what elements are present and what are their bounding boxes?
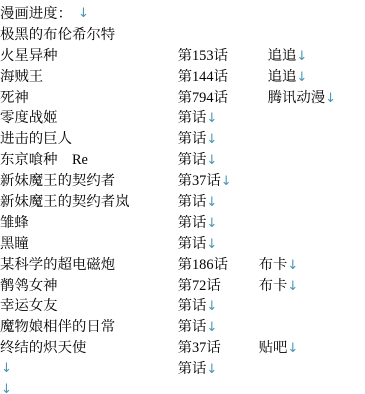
manga-row: 零度战姬 第话↓ <box>0 108 365 129</box>
manga-row: 雏蜂 第话↓ <box>0 213 365 234</box>
document-header-row: 漫画进度： ↓ <box>0 4 365 25</box>
line-break-mark-icon: ↓ <box>1 380 12 394</box>
manga-row: 东京喰种 Re 第37话↓ <box>0 150 365 171</box>
manga-row: 死神 第话↓ <box>0 88 365 109</box>
manga-title: 黑瞳 <box>0 234 29 255</box>
manga-row: 进击的巨人 第话↓ <box>0 129 365 150</box>
manga-row: 火星异种 第144话 追追↓ <box>0 46 365 67</box>
manga-title: 海贼王 <box>0 67 43 88</box>
manga-title: 鹡鸰女神 <box>0 276 58 297</box>
manga-title: 幸运女友 <box>0 296 58 317</box>
manga-row: 鹡鸰女神 第话↓ <box>0 276 365 297</box>
manga-title: 某科学的超电磁炮 <box>0 255 115 276</box>
manga-title: 终结的炽天使 <box>0 338 86 359</box>
manga-row: 黑瞳 第186话 布卡↓ <box>0 234 365 255</box>
manga-row: 海贼王 第794话 腾讯动漫↓ <box>0 67 365 88</box>
empty-row: ↓ <box>0 359 365 380</box>
manga-row: 极黑的布伦希尔特 第153话 追追↓ <box>0 25 365 46</box>
manga-title: 新妹魔王的契约者 <box>0 171 115 192</box>
manga-title: 进击的巨人 <box>0 129 72 150</box>
line-break-mark-icon: ↓ <box>1 359 12 380</box>
manga-title: 零度战姬 <box>0 108 58 129</box>
manga-title: 极黑的布伦希尔特 <box>0 25 115 46</box>
manga-progress-list: 极黑的布伦希尔特 第153话 追追↓ 火星异种 第144话 追追↓ 海贼王 第7… <box>0 25 365 359</box>
manga-row: 某科学的超电磁炮 第72话 布卡↓ <box>0 255 365 276</box>
manga-row: 新妹魔王的契约者 第话↓ <box>0 171 365 192</box>
manga-row: 终结的炽天使 第话↓ <box>0 338 365 359</box>
manga-row: 魔物娘相伴的日常 第37话 贴吧↓ <box>0 317 365 338</box>
document-text-area[interactable]: 漫画进度： ↓ 极黑的布伦希尔特 第153话 追追↓ 火星异种 第144话 追追… <box>0 0 365 394</box>
manga-title: 东京喰种 Re <box>0 150 88 171</box>
manga-title: 新妹魔王的契约者岚 <box>0 192 130 213</box>
manga-title: 死神 <box>0 88 29 109</box>
empty-row: ↓ <box>0 380 365 394</box>
page-title: 漫画进度： <box>0 4 72 25</box>
manga-title: 火星异种 <box>0 46 58 67</box>
line-break-mark-icon: ↓ <box>78 4 89 25</box>
manga-row: 新妹魔王的契约者岚 第话↓ <box>0 192 365 213</box>
trailing-empty-lines: ↓↓ <box>0 359 365 394</box>
manga-title: 魔物娘相伴的日常 <box>0 317 115 338</box>
manga-row: 幸运女友 第话↓ <box>0 296 365 317</box>
manga-title: 雏蜂 <box>0 213 29 234</box>
